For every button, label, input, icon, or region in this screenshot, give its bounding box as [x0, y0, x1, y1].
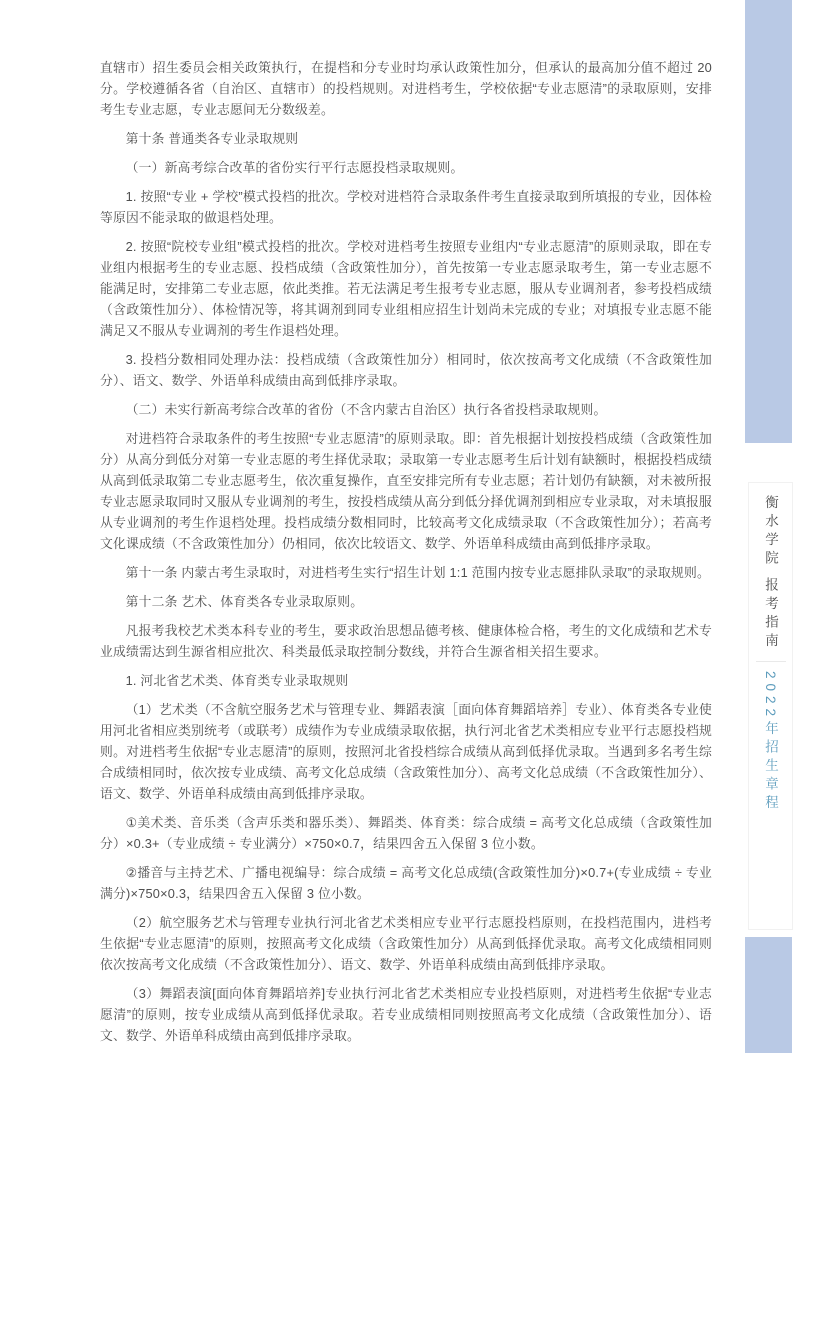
paragraph-hebei-rule-3: （3）舞蹈表演[面向体育舞蹈培养]专业执行河北省艺术类相应专业投档原则，对进档考…: [100, 983, 712, 1046]
paragraph-section-2: （二）未实行新高考综合改革的省份（不含内蒙古自治区）执行各省投档录取规则。: [100, 399, 712, 420]
sidebar-accent-bar-top: [745, 0, 792, 443]
paragraph-formula-1: ①美术类、音乐类（含声乐类和器乐类）、舞蹈类、体育类：综合成绩 = 高考文化总成…: [100, 812, 712, 854]
paragraph-continuation: 直辖市）招生委员会相关政策执行，在提档和分专业时均承认政策性加分，但承认的最高加…: [100, 57, 712, 120]
paragraph-item-3: 3. 投档分数相同处理办法：投档成绩（含政策性加分）相同时，依次按高考文化成绩（…: [100, 349, 712, 391]
heading-article-11: 第十一条 内蒙古考生录取时，对进档考生实行“招生计划 1:1 范围内按专业志愿排…: [100, 562, 712, 583]
paragraph-hebei-rules-title: 1. 河北省艺术类、体育类专业录取规则: [100, 670, 712, 691]
paragraph-formula-2: ②播音与主持艺术、广播电视编导：综合成绩 = 高考文化总成绩(含政策性加分)×0…: [100, 862, 712, 904]
sidebar-divider: [756, 661, 786, 662]
heading-article-10: 第十条 普通类各专业录取规则: [100, 128, 712, 149]
sidebar-series-title: 衡水学院 报考指南: [748, 495, 793, 652]
paragraph-section-2-detail: 对进档符合录取条件的考生按照“专业志愿清”的原则录取。即：首先根据计划按投档成绩…: [100, 428, 712, 554]
sidebar-volume-title: 2022年招生章程: [748, 671, 793, 814]
document-page: 直辖市）招生委员会相关政策执行，在提档和分专业时均承认政策性加分，但承认的最高加…: [0, 0, 816, 1344]
paragraph-art-requirements: 凡报考我校艺术类本科专业的考生，要求政治思想品德考核、健康体检合格，考生的文化成…: [100, 620, 712, 662]
paragraph-item-2: 2. 按照“院校专业组”模式投档的批次。学校对进档考生按照专业组内“专业志愿清”…: [100, 236, 712, 341]
paragraph-item-1: 1. 按照“专业 + 学校”模式投档的批次。学校对进档符合录取条件考生直接录取到…: [100, 186, 712, 228]
paragraph-hebei-rule-1: （1）艺术类（不含航空服务艺术与管理专业、舞蹈表演［面向体育舞蹈培养］专业）、体…: [100, 699, 712, 804]
document-body: 直辖市）招生委员会相关政策执行，在提档和分专业时均承认政策性加分，但承认的最高加…: [100, 57, 712, 1054]
paragraph-hebei-rule-2: （2）航空服务艺术与管理专业执行河北省艺术类相应专业平行志愿投档原则，在投档范围…: [100, 912, 712, 975]
sidebar-title-box: 衡水学院 报考指南 2022年招生章程: [748, 482, 793, 930]
sidebar-accent-bar-bottom: [745, 937, 792, 1053]
paragraph-section-1: （一）新高考综合改革的省份实行平行志愿投档录取规则。: [100, 157, 712, 178]
heading-article-12: 第十二条 艺术、体育类各专业录取原则。: [100, 591, 712, 612]
